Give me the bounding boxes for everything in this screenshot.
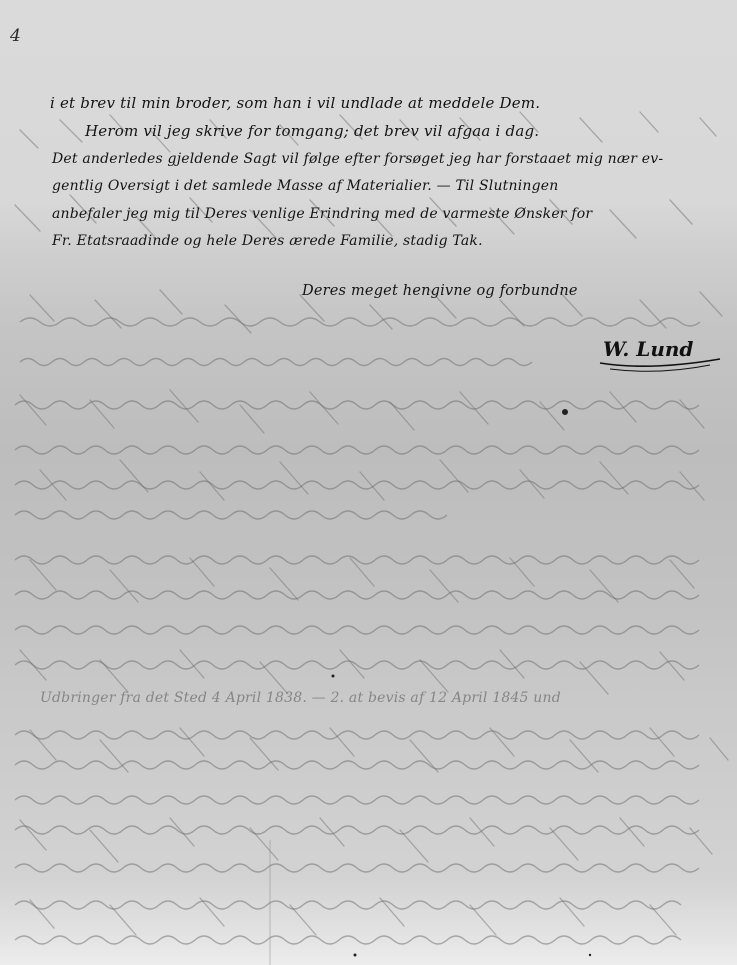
letter-line: anbefaler jeg mig til Deres venlige Erin… [52,206,592,222]
letter-closing: Deres meget hengivne og forbundne [302,283,578,299]
signature-flourish [590,345,730,375]
page-number: 4 [10,26,21,46]
document-page: 4 i et brev til min broder, som han i vi… [0,0,737,965]
letter-line: gentlig Oversigt i det samlede Masse af … [52,178,559,194]
letter-line: i et brev til min broder, som han i vil … [50,94,540,112]
bleed-through-line: Udbringer fra det Sted 4 April 1838. — 2… [40,690,561,706]
letter-line: Herom vil jeg skrive for tomgang; det br… [85,122,539,140]
letter-line: Fr. Etatsraadinde og hele Deres ærede Fa… [52,233,483,249]
bleed-through-texture [0,0,737,965]
letter-line: Det anderledes gjeldende Sagt vil følge … [52,151,663,167]
